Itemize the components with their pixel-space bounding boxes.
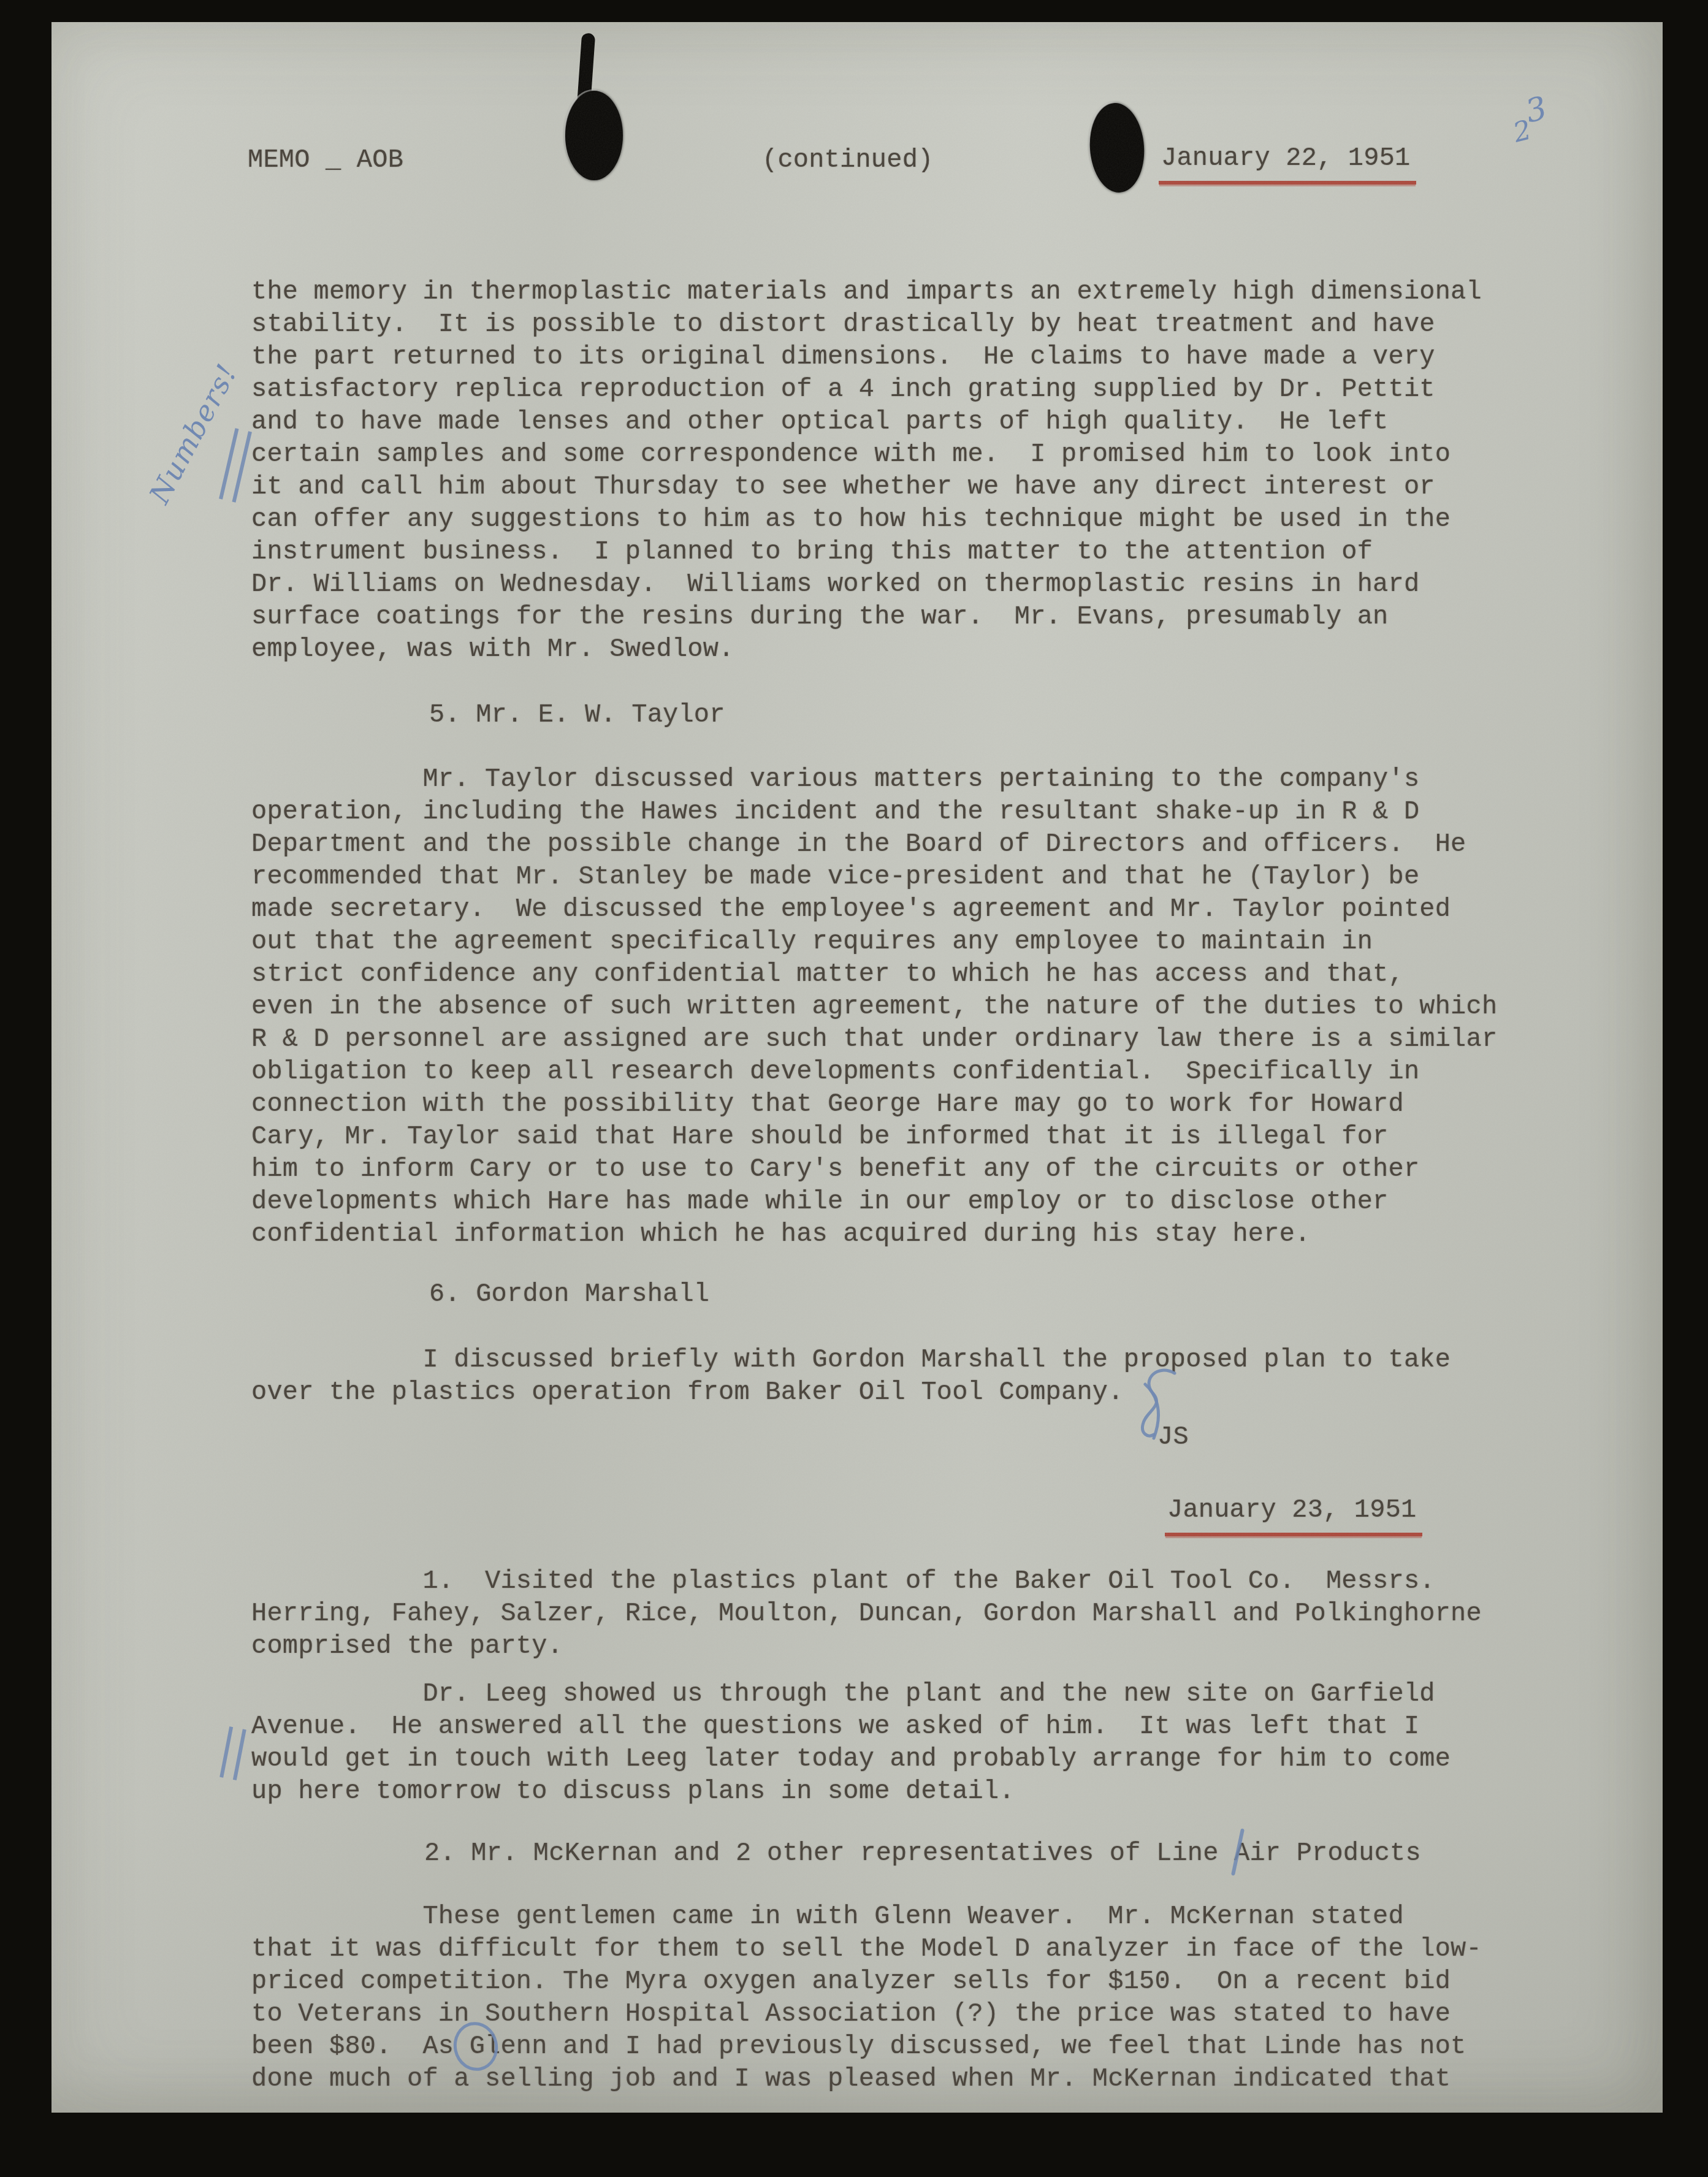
section-heading-mckernan: 2. Mr. McKernan and 2 other representati… xyxy=(424,1837,1421,1870)
section-heading-taylor: 5. Mr. E. W. Taylor xyxy=(429,699,725,731)
paragraph-baker-visit: 1. Visited the plastics plant of the Bak… xyxy=(251,1565,1482,1663)
scanned-memo-page: MEMO _ AOB (continued) January 22, 1951 … xyxy=(0,0,1708,2177)
paragraph-marshall: I discussed briefly with Gordon Marshall… xyxy=(251,1344,1451,1409)
paragraph-taylor: Mr. Taylor discussed various matters per… xyxy=(251,763,1497,1251)
memo-date-jan-22: January 22, 1951 xyxy=(1159,142,1416,185)
memo-date-jan-23-text: January 23, 1951 xyxy=(1165,1494,1422,1536)
memo-date-jan-22-text: January 22, 1951 xyxy=(1159,142,1416,185)
paragraph-thermoplastic: the memory in thermoplastic materials an… xyxy=(251,276,1482,666)
paragraph-leeg: Dr. Leeg showed us through the plant and… xyxy=(251,1678,1451,1808)
memo-date-jan-23: January 23, 1951 xyxy=(1165,1494,1422,1536)
paragraph-mckernan: These gentlemen came in with Glenn Weave… xyxy=(251,1901,1482,2095)
memo-continued-label: (continued) xyxy=(762,144,933,177)
punch-hole-left xyxy=(565,91,623,180)
initials-flourish-mark xyxy=(1127,1366,1188,1446)
memo-title: MEMO _ AOB xyxy=(248,144,403,177)
section-heading-marshall: 6. Gordon Marshall xyxy=(429,1278,709,1311)
